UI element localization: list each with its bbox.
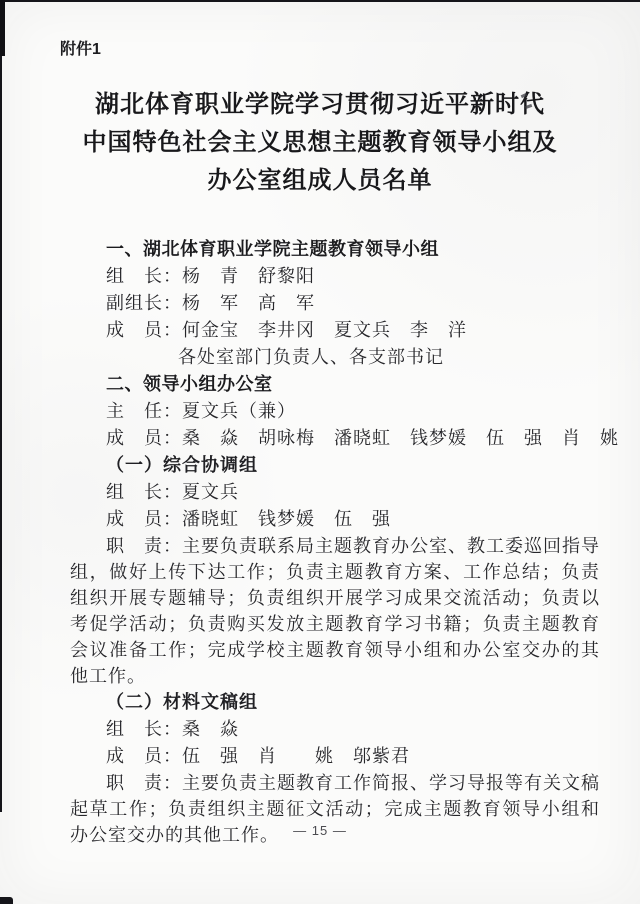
scan-corner-top-left — [0, 0, 5, 56]
role-row-leader: 组 长：杨 青 舒黎阳 — [70, 263, 600, 290]
role-value: 伍 强 肖 姚 邬紫君 — [182, 746, 410, 766]
title-line-1: 湖北体育职业学院学习贯彻习近平新时代 — [0, 86, 640, 124]
group1-heading: （一）综合协调组 — [70, 452, 600, 479]
attachment-label: 附件1 — [60, 40, 600, 60]
duty-text: 主要负责联系局主题教育办公室、教工委巡回指导组，做好上传下达工作；负责主题教育方… — [70, 536, 600, 686]
role-label: 组 长： — [106, 266, 182, 286]
document-content: 附件1 湖北体育职业学院学习贯彻习近平新时代 中国特色社会主义思想主题教育领导小… — [0, 0, 640, 848]
role-label: 组 长： — [106, 719, 182, 739]
scan-corner-bottom-left — [0, 897, 13, 904]
role-label: 成 员： — [106, 746, 182, 766]
member-continuation: 各处室部门负责人、各支部书记 — [70, 344, 600, 371]
title-line-2: 中国特色社会主义思想主题教育领导小组及 — [0, 124, 640, 162]
role-label: 成 员： — [106, 320, 182, 340]
document-page: 附件1 湖北体育职业学院学习贯彻习近平新时代 中国特色社会主义思想主题教育领导小… — [0, 0, 640, 904]
role-row-group2-leader: 组 长：桑 焱 — [70, 716, 600, 743]
role-value: 何金宝 李井冈 夏文兵 李 洋 — [182, 320, 467, 340]
role-value: 杨 青 舒黎阳 — [182, 266, 315, 286]
scan-edge-top — [0, 0, 640, 2]
title-line-3: 办公室组成人员名单 — [0, 162, 640, 200]
role-label: 组 长： — [106, 482, 182, 502]
role-row-members: 成 员：何金宝 李井冈 夏文兵 李 洋 — [70, 317, 600, 344]
role-label: 主 任： — [106, 401, 182, 421]
role-row-group1-leader: 组 长：夏文兵 — [70, 479, 600, 506]
role-row-group2-members: 成 员：伍 强 肖 姚 邬紫君 — [70, 743, 600, 770]
role-label: 成 员： — [106, 428, 182, 448]
role-value: 杨 军 高 军 — [182, 293, 315, 313]
group1-duty-paragraph: 职 责：主要负责联系局主题教育办公室、教工委巡回指导组，做好上传下达工作；负责主… — [70, 533, 600, 689]
role-row-office-members: 成 员：桑 焱 胡咏梅 潘晓虹 钱梦媛 伍 强 肖 姚 — [70, 425, 600, 452]
role-row-deputy-leader: 副组长：杨 军 高 军 — [70, 290, 600, 317]
document-title: 湖北体育职业学院学习贯彻习近平新时代 中国特色社会主义思想主题教育领导小组及 办… — [0, 86, 640, 200]
duty-label: 职 责： — [106, 536, 182, 556]
page-number: — 15 — — [0, 823, 640, 838]
role-label: 副组长： — [106, 293, 182, 313]
group2-heading: （二）材料文稿组 — [70, 689, 600, 716]
role-value: 夏文兵 — [182, 482, 239, 502]
role-row-group1-members: 成 员：潘晓虹 钱梦媛 伍 强 — [70, 506, 600, 533]
scan-edge-left — [0, 0, 2, 812]
duty-label: 职 责： — [106, 773, 182, 793]
role-label: 成 员： — [106, 509, 182, 529]
section1-heading: 一、湖北体育职业学院主题教育领导小组 — [70, 236, 600, 263]
role-value: 桑 焱 胡咏梅 潘晓虹 钱梦媛 伍 强 肖 姚 — [182, 428, 619, 448]
role-value: 桑 焱 — [182, 719, 239, 739]
section2-heading: 二、领导小组办公室 — [70, 371, 600, 398]
role-row-director: 主 任：夏文兵（兼） — [70, 398, 600, 425]
role-value: 潘晓虹 钱梦媛 伍 强 — [182, 509, 391, 529]
role-value: 夏文兵（兼） — [182, 401, 296, 421]
